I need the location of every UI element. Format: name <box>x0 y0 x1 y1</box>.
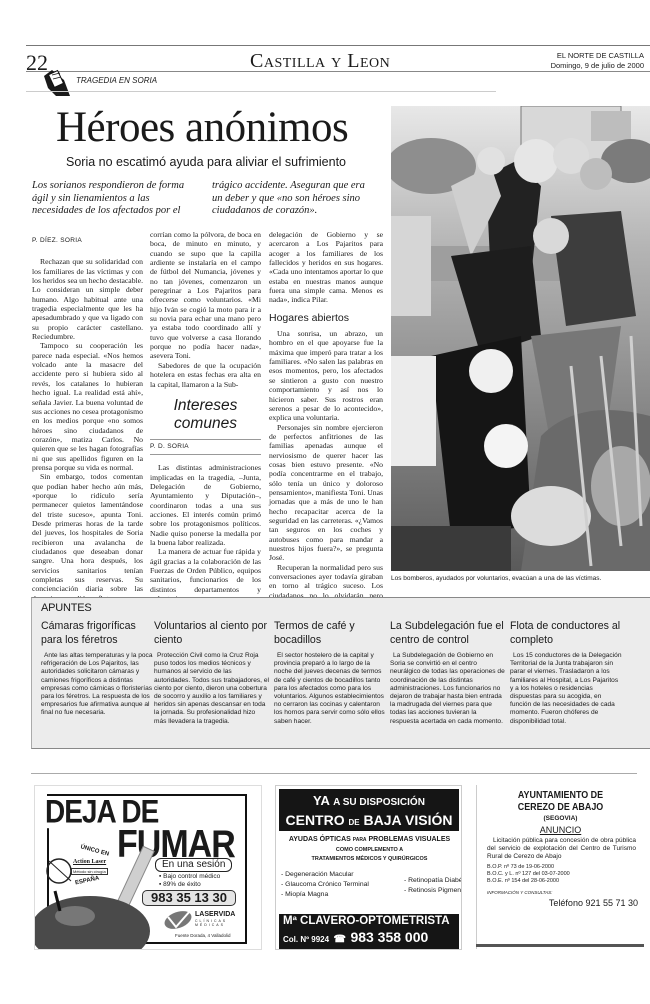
header-bottom-rule <box>26 71 650 72</box>
paragraph: delegación de Gobierno y se acercaron a … <box>269 230 383 305</box>
notice-phone[interactable]: Teléfono 921 55 71 30 <box>477 895 644 908</box>
sidebar-box-title: Intereses comunes <box>150 397 261 433</box>
apuntes-item-title: Voluntarios al ciento por ciento <box>154 619 269 647</box>
section-title: Castilla y Leon <box>250 50 390 73</box>
apuntes-item-title: La Subdelegación fue el centro de contro… <box>390 619 505 647</box>
apuntes-item: Cámaras frigoríficas para los féretros A… <box>41 619 156 718</box>
ad-pill-label: En una sesión <box>155 858 232 872</box>
paragraph: Personajes sin nombre ejercieron de perf… <box>269 423 383 563</box>
ad2-conditions-left: - Degeneración Macular - Glaucoma Crónic… <box>281 870 369 900</box>
ad-brand-sub: CLÍNICAS MÉDICAS <box>195 919 227 927</box>
ad-quit-smoking[interactable]: DEJA DE FUMAR ÚNICO EN Action Laser Méto… <box>34 785 262 950</box>
article-column-3: delegación de Gobierno y se acercaron a … <box>269 230 383 619</box>
photo-caption: Los bomberos, ayudados por voluntarios, … <box>391 575 601 582</box>
apuntes-item-body: Los 15 conductores de la Delegación Terr… <box>510 652 622 726</box>
sidebar-byline: P. D. SORIA <box>150 442 261 451</box>
headline: Héroes anónimos <box>56 104 348 152</box>
apuntes-item-body: El sector hostelero de la capital y prov… <box>274 652 389 726</box>
ad-brand: LASERVIDA <box>195 911 235 918</box>
apuntes-item-title: Flota de conductores al completo <box>510 619 622 647</box>
ad-bullets: ▪ Bajo control médico ▪ 89% de éxito <box>159 873 220 889</box>
subheadline: Soria no escatimó ayuda para aliviar el … <box>66 155 346 169</box>
ad2-footer-band: Mª CLAVERO-OPTOMETRISTA Col. Nº 9924 ☎ 9… <box>279 914 459 950</box>
notice-info-label: INFORMACIÓN Y CONSULTAS: <box>477 885 644 895</box>
bus-crash-icon <box>42 66 72 98</box>
paragraph: Sin embargo, todos comentan que podían h… <box>32 472 143 612</box>
notice-refs: B.O.P. nº 73 de 19-06-2000 B.O.C. y L. n… <box>477 861 644 885</box>
apuntes-item: La Subdelegación fue el centro de contro… <box>390 619 505 726</box>
ad2-line3: AYUDAS ÓPTICAS PARA PROBLEMAS VISUALES <box>276 836 462 843</box>
ad2-optometrist: Mª CLAVERO-OPTOMETRISTA <box>279 914 459 929</box>
apuntes-box: APUNTES Cámaras frigoríficas para los fé… <box>31 597 650 749</box>
ad2-phone[interactable]: 983 358 000 <box>350 929 428 945</box>
apuntes-item-title: Termos de café y bocadillos <box>274 619 389 647</box>
divider <box>150 439 261 440</box>
apuntes-item-body: Ante las altas temperaturas y la poca re… <box>41 652 156 718</box>
ad2-line1: YA A SU DISPOSICIÓN <box>279 792 459 811</box>
paragraph: Tampoco su cooperación les parece nada e… <box>32 341 143 472</box>
ad-municipal-notice: AYUNTAMIENTO DE CEREZO DE ABAJO (SEGOVIA… <box>476 785 644 949</box>
apuntes-item: Voluntarios al ciento por ciento Protecc… <box>154 619 269 726</box>
apuntes-item-body: Protección Civil como la Cruz Roja puso … <box>154 652 269 726</box>
deck-left: Los sorianos respondieron de forma ágil … <box>32 180 197 218</box>
bullet: ▪ 89% de éxito <box>159 881 220 889</box>
apuntes-item: Flota de conductores al completo Los 15 … <box>510 619 622 726</box>
kicker-rule <box>26 91 496 92</box>
ad2-line2: CENTRO DE BAJA VISIÓN <box>279 811 459 832</box>
paragraph: corrían como la pólvora, de boca en boca… <box>150 230 261 361</box>
article-column-2: corrían como la pólvora, de boca en boca… <box>150 230 261 603</box>
paragraph: La manera de actuar fue rápida y ágil gr… <box>150 547 261 603</box>
byline: P. DÍEZ. SORIA <box>32 236 143 245</box>
notice-bottom-bar <box>476 944 644 947</box>
issue-date: Domingo, 9 de julio de 2000 <box>551 61 644 71</box>
notice-heading: ANUNCIO <box>477 825 644 835</box>
apuntes-item: Termos de café y bocadillos El sector ho… <box>274 619 389 726</box>
sidebar-title-line: Intereses <box>150 397 261 415</box>
apuntes-item-body: La Subdelegación de Gobierno en Soria se… <box>390 652 505 726</box>
laservida-logo-icon <box>163 909 193 931</box>
article-column-1: P. DÍEZ. SORIA Rechazan que su solidarid… <box>32 236 143 622</box>
ad2-header-band: YA A SU DISPOSICIÓN CENTRO DE BAJA VISIÓ… <box>279 789 459 831</box>
paragraph: Sabedores de que la ocupación hotelera e… <box>150 361 261 389</box>
bullet: ▪ Bajo control médico <box>159 873 220 881</box>
phone-icon: ☎ <box>334 934 346 945</box>
divider <box>150 454 261 455</box>
newspaper-name: EL NORTE DE CASTILLA <box>551 51 644 61</box>
kicker-label: TRAGEDIA EN SORIA <box>76 76 157 85</box>
apuntes-item-title: Cámaras frigoríficas para los féretros <box>41 619 156 647</box>
ad-address: Fuente Dorada, 4 Valladolid <box>175 933 230 938</box>
ad2-contact: Col. Nº 9924 ☎ 983 358 000 <box>279 929 459 947</box>
ad2-line4: COMO COMPLEMENTO A <box>276 847 462 853</box>
masthead-info: EL NORTE DE CASTILLA Domingo, 9 de julio… <box>551 51 644 71</box>
sidebar-box: Intereses comunes P. D. SORIA Las distin… <box>150 397 261 604</box>
paragraph: Rechazan que su solidaridad con los fami… <box>32 257 143 341</box>
ad-phone[interactable]: 983 35 13 30 <box>142 890 236 906</box>
paragraph: Las distintas administraciones implicada… <box>150 463 261 547</box>
notice-province: (SEGOVIA) <box>477 815 644 822</box>
ads-divider <box>31 773 637 774</box>
news-photo <box>391 106 650 571</box>
paragraph: Una sonrisa, un abrazo, un hombro en el … <box>269 329 383 422</box>
ad-low-vision-center[interactable]: YA A SU DISPOSICIÓN CENTRO DE BAJA VISIÓ… <box>275 785 462 950</box>
header-top-rule <box>26 45 650 46</box>
deck-right: trágico accidente. Aseguran que era un d… <box>212 180 377 218</box>
photo-firefighters-rescue <box>391 106 650 571</box>
notice-title: AYUNTAMIENTO DE CEREZO DE ABAJO <box>490 789 632 813</box>
section-subhead: Hogares abiertos <box>269 314 383 323</box>
ad2-line5: TRATAMIENTOS MÉDICOS Y QUIRÚRGICOS <box>276 856 462 862</box>
ad2-conditions-right: - Retinopatía Diabética - Retinosis Pigm… <box>404 876 462 896</box>
sidebar-title-line: comunes <box>150 415 261 433</box>
apuntes-title: APUNTES <box>41 602 92 614</box>
notice-body: Licitación pública para concesión de obr… <box>477 835 644 861</box>
